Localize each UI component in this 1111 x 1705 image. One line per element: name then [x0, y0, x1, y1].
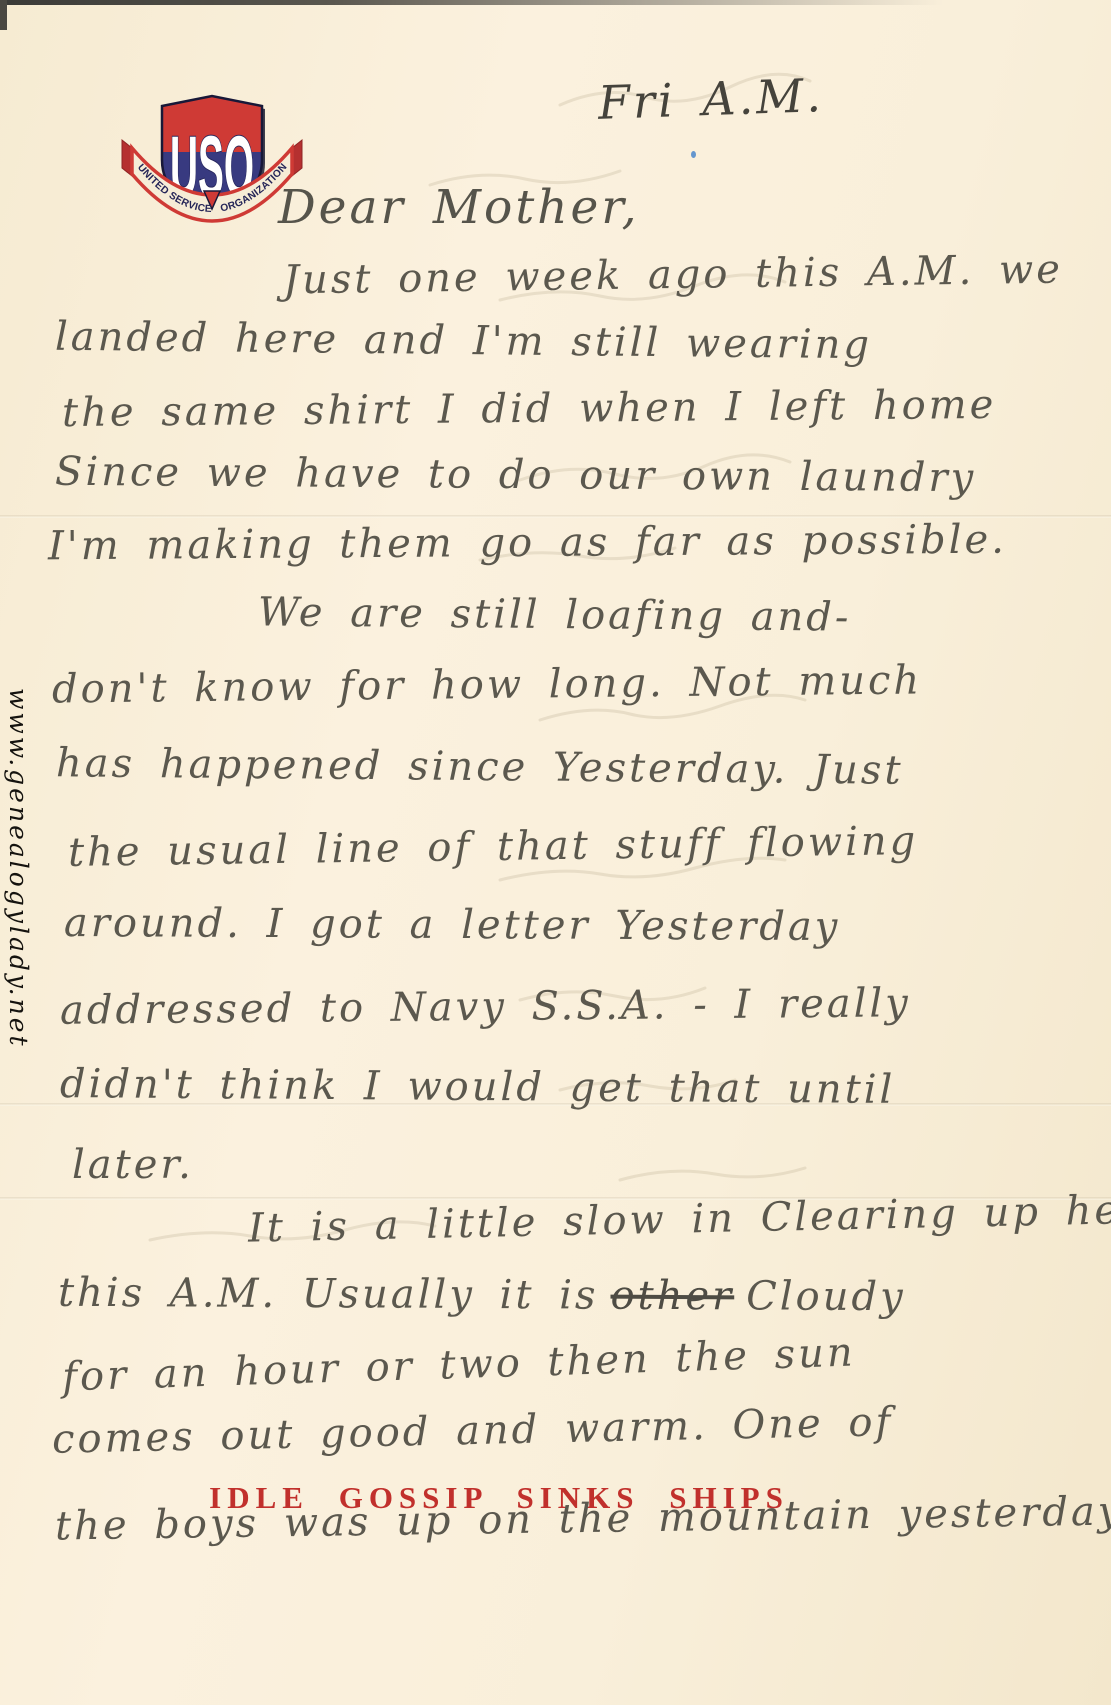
letter-line: Since we have to do our own laundry [55, 449, 977, 501]
struck-word: other [610, 1273, 734, 1320]
letter-line: later. [72, 1142, 194, 1188]
salutation: Dear Mother, [278, 180, 640, 235]
line-text-before-strike: this A.M. Usually it is [58, 1270, 599, 1319]
letter-line: the same shirt I did when I left home [62, 382, 997, 436]
letter-paper: USO UNITED SERVICE ORGANIZATIONS Fri A.M… [0, 0, 1111, 1705]
letter-line: around. I got a letter Yesterday [64, 900, 841, 950]
letter-line: didn't think I would get that until [60, 1061, 896, 1113]
letter-line: I'm making them go as far as possible. [48, 517, 1007, 570]
letter-line: don't know for how long. Not much [52, 657, 923, 712]
blue-ink-dot [691, 151, 696, 158]
line-text-after-strike: Cloudy [746, 1273, 906, 1320]
letter-line: addressed to Navy S.S.A. - I really [60, 980, 911, 1033]
letter-line: We are still loafing and- [258, 589, 852, 640]
date-line: Fri A.M. [597, 68, 825, 130]
letter-line-with-strikethrough: this A.M. Usually it isotherCloudy [58, 1270, 906, 1320]
letter-line: has happened since Yesterday. Just [56, 740, 904, 793]
watermark-url: www.genealogylady.net [4, 688, 33, 1118]
letter-line: landed here and I'm still wearing [55, 314, 872, 369]
scanned-letter-page: { "page": { "watermark": "www.genealogyl… [0, 0, 1111, 1705]
